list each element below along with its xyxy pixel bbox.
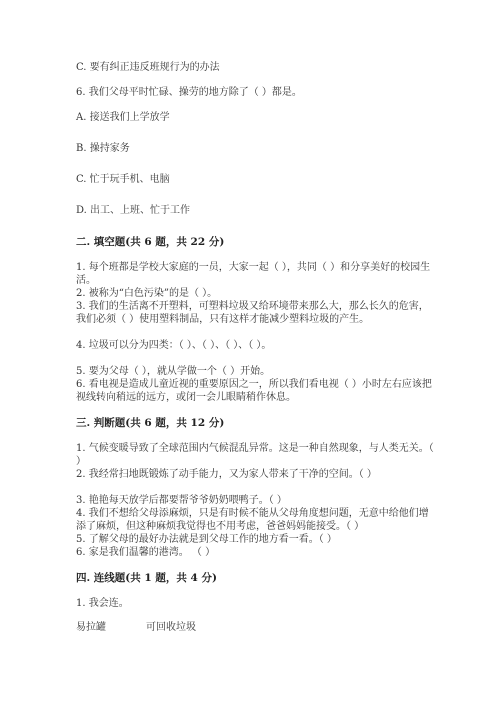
match-q1: 1. 我会连。 — [76, 597, 129, 610]
judge-item-2: 2. 我经常扫地既锻炼了动手能力，又为家人带来了干净的空间。（ ） — [76, 468, 436, 481]
match-right-item: 可回收垃圾 — [146, 621, 196, 634]
fill-item-6: 6. 看电视是造成儿童近视的重要原因之一，所以我们看电视（ ）小时左右应该把视线… — [76, 378, 436, 404]
judge-item-4: 4. 我们不想给父母添麻烦，只是有时候不能从父母角度想问题，无意中给他们增添了麻… — [76, 507, 436, 533]
section4-title: 四. 连线题(共 1 题，共 4 分) — [76, 572, 217, 585]
section2-title: 二. 填空题(共 6 题，共 22 分) — [76, 236, 224, 249]
q6-option-a: A. 接送我们上学放学 — [76, 111, 170, 124]
q6-stem: 6. 我们父母平时忙碌、操劳的地方除了（ ）都是。 — [76, 86, 302, 99]
q6-option-d: D. 出工、上班、忙于工作 — [76, 204, 190, 217]
fill-item-4: 4. 垃圾可以分为四类：（ ）、（ ）、（ ）、（ ）。 — [76, 339, 436, 352]
fill-item-1: 1. 每个班都是学校大家庭的一员，大家一起（ ），共同（ ）和分享美好的校园生活… — [76, 261, 436, 287]
judge-item-6: 6. 家是我们温馨的港湾。 （ ） — [76, 546, 436, 559]
fill-item-5: 5. 要为父母（ ），就从学做一个（ ）开始。 — [76, 365, 436, 378]
q6-option-b: B. 操持家务 — [76, 142, 130, 155]
fill-item-3: 3. 我们的生活离不开塑料，可塑料垃圾又给环境带来那么大，那么长久的危害，我们必… — [76, 300, 436, 326]
judge-item-5: 5. 了解父母的最好办法就是到父母工作的地方看一看。（ ） — [76, 533, 436, 546]
judge-item-3: 3. 艳艳每天放学后都要帮爷爷奶奶喂鸭子。（ ） — [76, 494, 436, 507]
q5-option-c: C. 要有纠正违反班规行为的办法 — [76, 61, 220, 74]
q6-option-c: C. 忙于玩手机、电脑 — [76, 173, 170, 186]
fill-item-2: 2. 被称为“白色污染”的是（ ）。 — [76, 287, 436, 300]
judge-item-1: 1. 气候变暖导致了全球范围内气候混乱异常。这是一种自然现象，与人类无关。（ ） — [76, 442, 436, 468]
match-left-item: 易拉罐 — [76, 621, 106, 634]
section3-title: 三. 判断题(共 6 题，共 12 分) — [76, 417, 224, 430]
